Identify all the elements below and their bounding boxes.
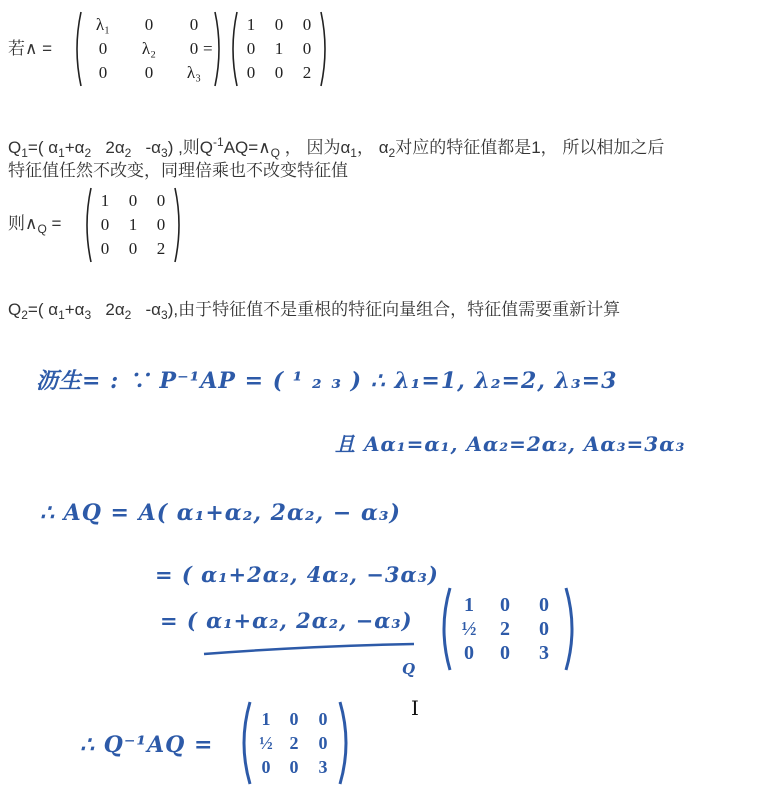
cell: 0: [238, 37, 264, 61]
cell: λ₂: [124, 37, 174, 61]
handwriting-line-aq-expanded: = ( α₁+2α₂, 4α₂, −3α₃): [155, 562, 439, 587]
handwriting-line-eigenvectors: 且 Aα₁=α₁, Aα₂=2α₂, Aα₃=3α₃: [335, 428, 685, 457]
cell: 0: [294, 13, 320, 37]
text-cursor-icon: I: [411, 696, 419, 720]
left-paren-icon: [228, 10, 238, 88]
cell: 0: [118, 237, 148, 261]
underline-stroke: [200, 642, 420, 658]
handwriting-line-aq-factored: = ( α₁+α₂, 2α₂, −α₃): [160, 608, 413, 633]
right-paren-icon: [564, 586, 578, 672]
q2-paragraph: Q2=( α1+α3 2α2 -α3),由于特征值不是重根的特征向量组合，特征值…: [8, 298, 620, 327]
lambda-q-matrix: 1 0 0 0 1 0 0 0 2: [82, 186, 184, 264]
matrix-grid: λ₁ 0 0 0 λ₂ 0 0 0 λ₃: [82, 13, 214, 85]
cell: 0: [308, 707, 338, 731]
handwriting-line-result: ∴ Q⁻¹AQ =: [80, 732, 213, 758]
cell: 0: [82, 37, 124, 61]
matrix-grid: 1 0 0 ½ 2 0 0 0 3: [452, 593, 564, 665]
cell: 0: [148, 213, 174, 237]
cell: 0: [82, 61, 124, 85]
cell: 0: [238, 61, 264, 85]
q1-paragraph-line2: 特征值任然不改变，同理倍乘也不改变特征值: [8, 159, 348, 183]
cell: 0: [264, 61, 294, 85]
cell: ½: [452, 617, 486, 641]
right-paren-icon: [214, 10, 224, 88]
cell: 0: [452, 641, 486, 665]
left-paren-icon: [438, 586, 452, 672]
cell: 0: [124, 13, 174, 37]
cell: 0: [148, 189, 174, 213]
cell: 2: [280, 731, 308, 755]
right-paren-icon: [338, 700, 352, 786]
cell: 2: [148, 237, 174, 261]
cell: 0: [92, 237, 118, 261]
cell: 0: [252, 755, 280, 779]
equals-sign: =: [203, 37, 213, 61]
cell: 1: [92, 189, 118, 213]
cell: 0: [264, 13, 294, 37]
left-paren-icon: [82, 186, 92, 264]
cell: 1: [252, 707, 280, 731]
left-paren-icon: [72, 10, 82, 88]
cell: λ₃: [174, 61, 214, 85]
cell: 2: [486, 617, 524, 641]
handwriting-line-aq: ∴ AQ = A( α₁+α₂, 2α₂, − α₃): [40, 500, 401, 526]
cell: 0: [308, 731, 338, 755]
cell: 0: [486, 641, 524, 665]
matrix-grid: 1 0 0 0 1 0 0 0 2: [92, 189, 174, 261]
cell: 1: [238, 13, 264, 37]
handwriting-matrix-a: 1 0 0 ½ 2 0 0 0 3: [438, 586, 578, 672]
cell: 1: [452, 593, 486, 617]
cell: 1: [118, 213, 148, 237]
lambda-q-label: 则∧Q =: [8, 212, 61, 241]
matrix-grid: 1 0 0 0 1 0 0 0 2: [238, 13, 320, 85]
handwriting-q-label: Q: [402, 660, 416, 678]
cell: ½: [252, 731, 280, 755]
cell: 0: [294, 37, 320, 61]
cell: 0: [118, 189, 148, 213]
cell: 2: [294, 61, 320, 85]
cell: 0: [524, 593, 564, 617]
handwritten-solution-image: 沥生= : ∵ P⁻¹AP = ( ¹ ₂ ₃ ) ∴ λ₁=1, λ₂=2, …: [0, 340, 779, 787]
right-paren-icon: [174, 186, 184, 264]
matrix-grid: 1 0 0 ½ 2 0 0 0 3: [252, 707, 338, 779]
handwriting-matrix-b: 1 0 0 ½ 2 0 0 0 3: [238, 700, 352, 786]
right-paren-icon: [320, 10, 330, 88]
cell: 0: [124, 61, 174, 85]
lambda-value-matrix: 1 0 0 0 1 0 0 0 2: [228, 10, 330, 88]
handwriting-line-eigenvalues: 沥生= : ∵ P⁻¹AP = ( ¹ ₂ ₃ ) ∴ λ₁=1, λ₂=2, …: [36, 364, 617, 395]
cell: 0: [524, 617, 564, 641]
cell: 0: [280, 707, 308, 731]
lambda-symbolic-matrix: λ₁ 0 0 0 λ₂ 0 0 0 λ₃: [72, 10, 224, 88]
cell: λ₁: [82, 13, 124, 37]
cell: 0: [280, 755, 308, 779]
lambda-definition-label: 若∧ =: [8, 37, 52, 61]
cell: 1: [264, 37, 294, 61]
cell: 0: [486, 593, 524, 617]
left-paren-icon: [238, 700, 252, 786]
cell: 3: [308, 755, 338, 779]
cell: 0: [174, 13, 214, 37]
cell: 3: [524, 641, 564, 665]
cell: 0: [92, 213, 118, 237]
